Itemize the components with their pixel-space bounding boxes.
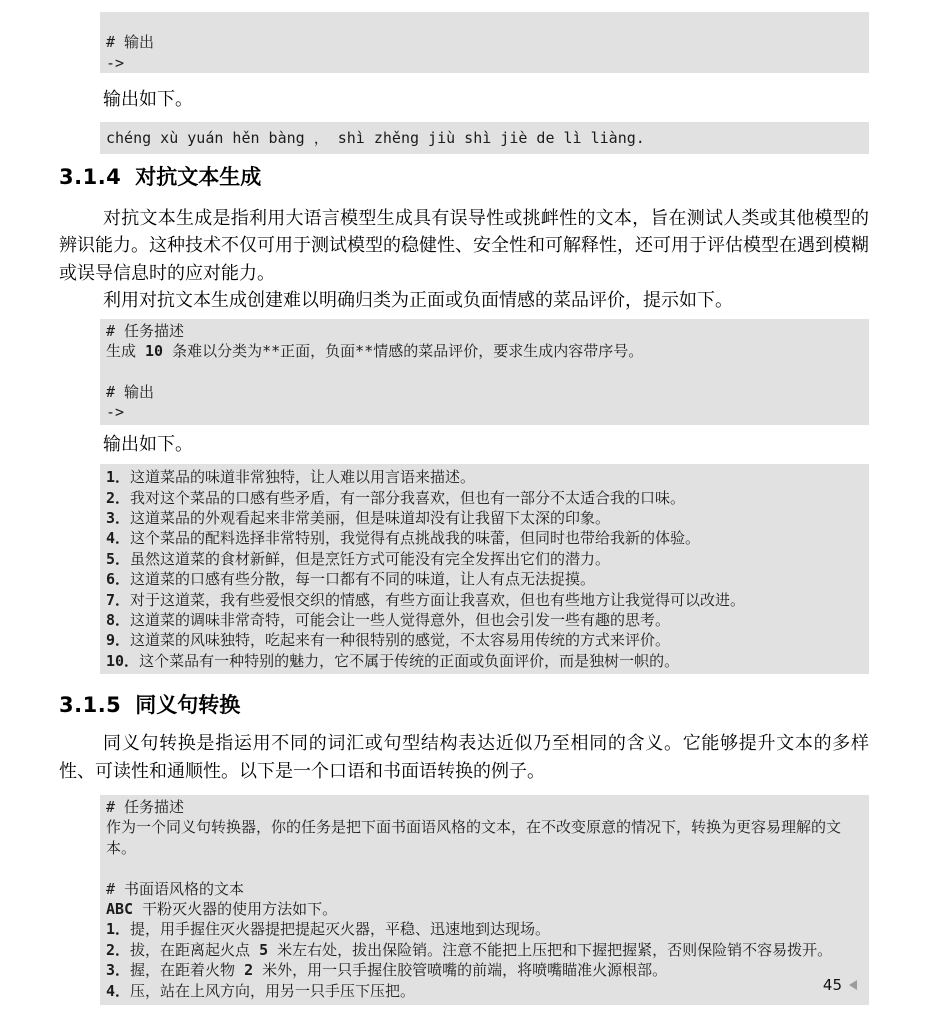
code-line: chéng xù yuán hěn bàng ， shì zhěng jiù s…	[106, 128, 859, 148]
paragraph-adversarial-example-intro: 利用对抗文本生成创建难以明确归类为正面或负面情感的菜品评价，提示如下。	[59, 287, 869, 314]
code-block-task-prompt: # 任务描述生成 10 条难以分类为**正面，负面**情感的菜品评价，要求生成内…	[100, 319, 869, 425]
code-line: 3．握，在距着火物 2 米外，用一只手握住胶管喷嘴的前端，将喷嘴瞄准火源根部。	[106, 960, 859, 980]
code-line: 6．这道菜的口感有些分散，每一口都有不同的味道，让人有点无法捉摸。	[106, 569, 859, 589]
section-number: 3.1.5	[59, 693, 121, 717]
paragraph-paraphrase-intro: 同义句转换是指运用不同的词汇或句型结构表达近似乃至相同的含义。它能够提升文本的多…	[59, 730, 869, 785]
code-line: 1．提，用手握住灭火器提把提起灭火器，平稳、迅速地到达现场。	[106, 919, 859, 939]
code-line: # 输出	[106, 382, 859, 402]
code-line: 生成 10 条难以分类为**正面，负面**情感的菜品评价，要求生成内容带序号。	[106, 341, 859, 361]
section-title: 同义句转换	[135, 693, 240, 717]
code-line: ->	[106, 402, 859, 422]
code-line: 5．虽然这道菜的食材新鲜，但是烹饪方式可能没有完全发挥出它们的潜力。	[106, 549, 859, 569]
section-heading-3-1-4: 3.1.4对抗文本生成	[59, 166, 869, 188]
code-block-previous-output: # 输出->	[100, 12, 869, 73]
code-line: 3．这道菜品的外观看起来非常美丽，但是味道却没有让我留下太深的印象。	[106, 508, 859, 528]
code-line	[106, 12, 859, 32]
page-footer: 45	[823, 976, 857, 994]
code-block-review-output: 1．这道菜品的味道非常独特，让人难以用言语来描述。2．我对这个菜品的口感有些矛盾…	[100, 464, 869, 674]
code-line: 作为一个同义句转换器，你的任务是把下面书面语风格的文本，在不改变原意的情况下，转…	[106, 817, 859, 858]
section-number: 3.1.4	[59, 165, 121, 189]
code-line	[106, 858, 859, 878]
code-line: 1．这道菜品的味道非常独特，让人难以用言语来描述。	[106, 467, 859, 487]
code-line: 2．拔，在距离起火点 5 米左右处，拔出保险销。注意不能把上压把和下握把握紧，否…	[106, 940, 859, 960]
code-line: 2．我对这个菜品的口感有些矛盾，有一部分我喜欢，但也有一部分不太适合我的口味。	[106, 488, 859, 508]
code-line: # 输出	[106, 32, 859, 52]
book-page: # 输出-> 输出如下。 chéng xù yuán hěn bàng ， sh…	[0, 0, 939, 1031]
code-line: ->	[106, 53, 859, 73]
section-title: 对抗文本生成	[135, 165, 261, 189]
page-corner-triangle-icon	[849, 980, 857, 990]
code-line: 7．对于这道菜，我有些爱恨交织的情感，有些方面让我喜欢，但也有些地方让我觉得可以…	[106, 590, 859, 610]
code-line: 9．这道菜的风味独特，吃起来有一种很特别的感觉，不太容易用传统的方式来评价。	[106, 630, 859, 650]
code-line: # 任务描述	[106, 797, 859, 817]
code-line: # 书面语风格的文本	[106, 879, 859, 899]
code-line: ABC 干粉灭火器的使用方法如下。	[106, 899, 859, 919]
page-number: 45	[823, 976, 842, 994]
code-line: 4．这个菜品的配料选择非常特别，我觉得有点挑战我的味蕾，但同时也带给我新的体验。	[106, 528, 859, 548]
paragraph-adversarial-intro: 对抗文本生成是指利用大语言模型生成具有误导性或挑衅性的文本，旨在测试人类或其他模…	[59, 205, 869, 287]
page-content: # 输出-> 输出如下。 chéng xù yuán hěn bàng ， sh…	[59, 12, 869, 1005]
output-intro-text: 输出如下。	[59, 431, 869, 458]
code-line: 10．这个菜品有一种特别的魅力，它不属于传统的正面或负面评价，而是独树一帜的。	[106, 651, 859, 671]
code-block-paraphrase-prompt: # 任务描述作为一个同义句转换器，你的任务是把下面书面语风格的文本，在不改变原意…	[100, 795, 869, 1005]
code-line: 8．这道菜的调味非常奇特，可能会让一些人觉得意外，但也会引发一些有趣的思考。	[106, 610, 859, 630]
section-heading-3-1-5: 3.1.5同义句转换	[59, 694, 869, 716]
code-line	[106, 361, 859, 381]
code-line: # 任务描述	[106, 321, 859, 341]
code-block-pinyin-output: chéng xù yuán hěn bàng ， shì zhěng jiù s…	[100, 122, 869, 154]
code-line: 4．压，站在上风方向，用另一只手压下压把。	[106, 981, 859, 1001]
output-intro-text: 输出如下。	[59, 86, 869, 113]
